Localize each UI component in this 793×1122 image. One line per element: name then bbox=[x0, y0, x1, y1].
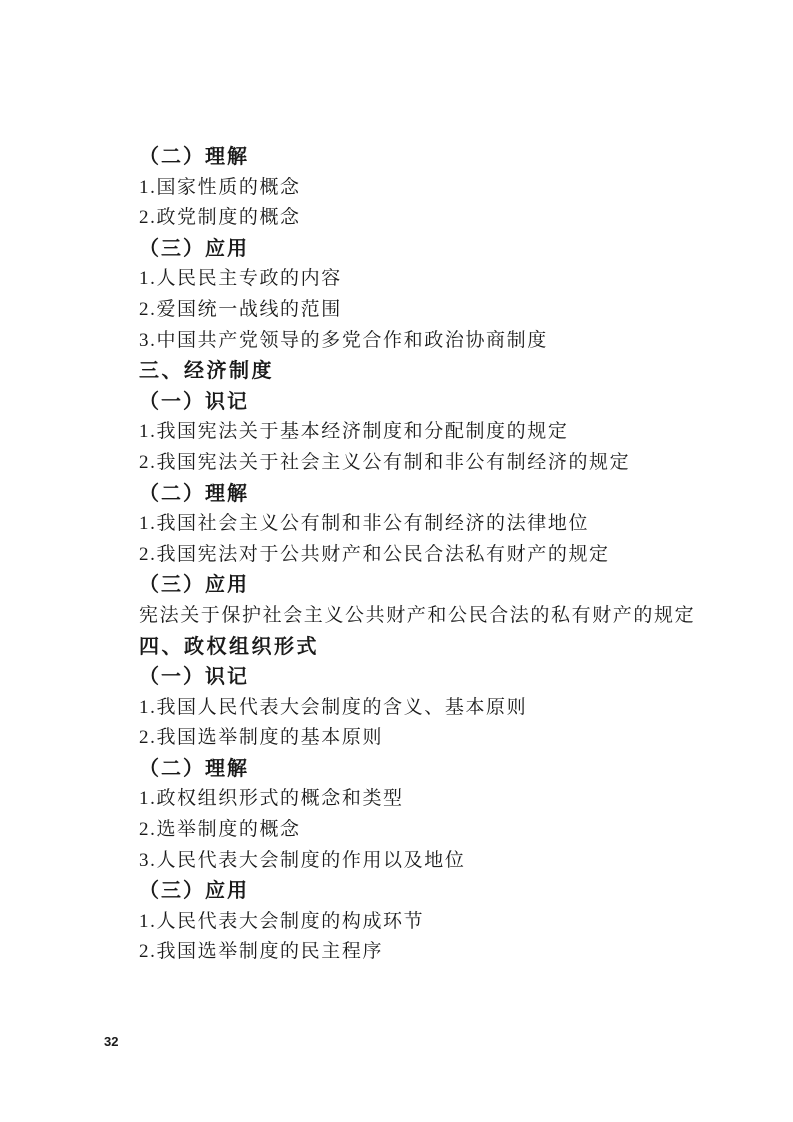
section-heading: （一）识记 bbox=[139, 387, 759, 418]
chapter-heading: 四、政权组织形式 bbox=[139, 632, 759, 663]
outline-item: 1.我国社会主义公有制和非公有制经济的法律地位 bbox=[139, 509, 759, 540]
outline-item: 1.人民代表大会制度的构成环节 bbox=[139, 907, 759, 938]
document-page: （二）理解1.国家性质的概念2.政党制度的概念（三）应用1.人民民主专政的内容2… bbox=[0, 0, 793, 1122]
outline-item: 2.我国选举制度的民主程序 bbox=[139, 937, 759, 968]
chapter-heading: 三、经济制度 bbox=[139, 356, 759, 387]
section-heading: （二）理解 bbox=[139, 142, 759, 173]
outline-item: 1.我国宪法关于基本经济制度和分配制度的规定 bbox=[139, 417, 759, 448]
section-heading: （三）应用 bbox=[139, 234, 759, 265]
outline-item: 2.政党制度的概念 bbox=[139, 203, 759, 234]
page-number: 32 bbox=[104, 1034, 118, 1049]
outline-item: 1.我国人民代表大会制度的含义、基本原则 bbox=[139, 693, 759, 724]
outline-item: 2.选举制度的概念 bbox=[139, 815, 759, 846]
outline-content: （二）理解1.国家性质的概念2.政党制度的概念（三）应用1.人民民主专政的内容2… bbox=[139, 142, 759, 968]
outline-item: 3.人民代表大会制度的作用以及地位 bbox=[139, 846, 759, 877]
section-heading: （一）识记 bbox=[139, 662, 759, 693]
outline-item: 2.我国宪法关于社会主义公有制和非公有制经济的规定 bbox=[139, 448, 759, 479]
outline-item: 3.中国共产党领导的多党合作和政治协商制度 bbox=[139, 326, 759, 357]
outline-item: 2.爱国统一战线的范围 bbox=[139, 295, 759, 326]
outline-item: 1.国家性质的概念 bbox=[139, 173, 759, 204]
outline-item: 宪法关于保护社会主义公共财产和公民合法的私有财产的规定 bbox=[139, 601, 759, 632]
section-heading: （三）应用 bbox=[139, 876, 759, 907]
section-heading: （三）应用 bbox=[139, 570, 759, 601]
section-heading: （二）理解 bbox=[139, 754, 759, 785]
outline-item: 1.政权组织形式的概念和类型 bbox=[139, 784, 759, 815]
outline-item: 2.我国宪法对于公共财产和公民合法私有财产的规定 bbox=[139, 540, 759, 571]
outline-item: 1.人民民主专政的内容 bbox=[139, 264, 759, 295]
section-heading: （二）理解 bbox=[139, 479, 759, 510]
outline-item: 2.我国选举制度的基本原则 bbox=[139, 723, 759, 754]
